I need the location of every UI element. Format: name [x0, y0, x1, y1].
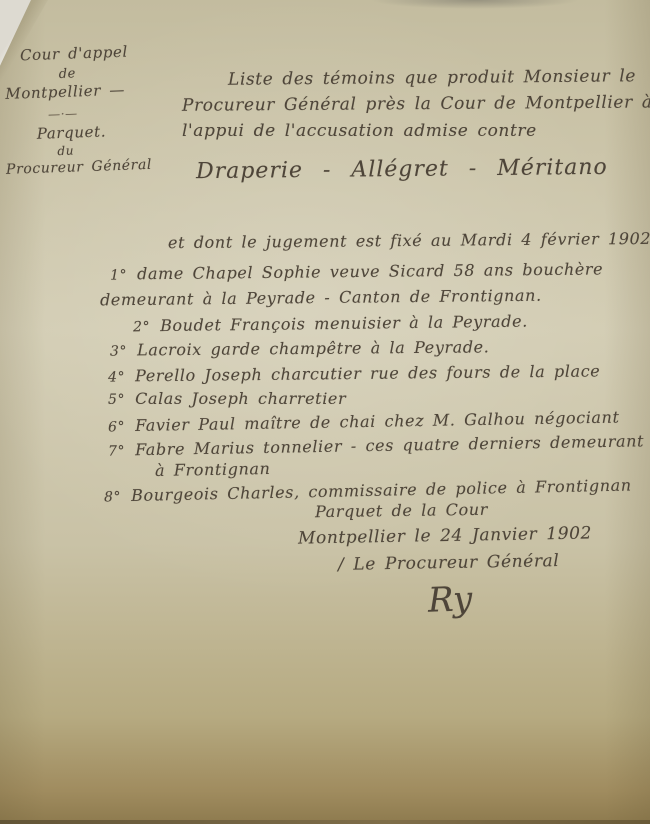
letterhead-parquet: Parquet.	[37, 122, 169, 142]
witness-number: 4°	[108, 369, 125, 385]
title-line-3: l'appui de l'accusation admise contre	[182, 121, 537, 141]
judgment-date-line: et dont le jugement est fixé au Mardi 4 …	[168, 229, 650, 252]
letterhead-divider: —·—	[48, 104, 168, 120]
witness-number: 8°	[104, 489, 121, 505]
witness-text: Lacroix garde champêtre à la Peyrade.	[137, 337, 489, 359]
accused-names: Draperie - Allégret - Méritano	[196, 155, 608, 184]
witness-row-6: 6°Favier Paul maître de chai chez M. Gal…	[108, 408, 620, 436]
witness-number: 3°	[110, 344, 127, 360]
letterhead-court: Cour d'appel	[20, 43, 166, 63]
witness-row-1: 1°dame Chapel Sophie veuve Sicard 58 ans…	[110, 259, 603, 283]
witness-text: dame Chapel Sophie veuve Sicard 58 ans b…	[137, 259, 603, 283]
top-edge-smudge	[370, 0, 580, 9]
witness-number: 5°	[108, 392, 125, 408]
witness-text: Boudet François menuisier à la Peyrade.	[160, 312, 528, 335]
document-photo: Cour d'appel de Montpellier — —·— Parque…	[0, 0, 650, 824]
witness-row-7: 7°Fabre Marius tonnelier - ces quatre de…	[108, 431, 644, 459]
closing-office-line: Parquet de la Cour	[315, 500, 488, 521]
witness-text: Favier Paul maître de chai chez M. Galho…	[135, 408, 620, 435]
letterhead-city: Montpellier —	[5, 81, 167, 102]
paper-bottom-edge	[0, 820, 650, 824]
witness-number: 2°	[133, 319, 150, 335]
title-line-1: Liste des témoins que produit Monsieur l…	[228, 66, 636, 90]
title-line-2: Procureur Général près la Cour de Montpe…	[182, 92, 650, 115]
witness-row-2: 2°Boudet François menuisier à la Peyrade…	[133, 312, 528, 336]
letterhead-du: du	[57, 141, 169, 157]
witness-row-3: 3°Lacroix garde champêtre à la Peyrade.	[110, 337, 490, 359]
witness-row-1-continuation: demeurant à la Peyrade - Canton de Front…	[100, 286, 542, 310]
witness-number: 6°	[108, 419, 125, 435]
letterhead-block: Cour d'appel de Montpellier — —·— Parque…	[6, 43, 170, 177]
witness-text: Calas Joseph charretier	[135, 389, 346, 408]
letterhead-de: de	[59, 64, 167, 81]
closing-place-date: Montpellier le 24 Janvier 1902	[298, 523, 592, 548]
witness-number: 1°	[110, 267, 127, 283]
closing-signatory-line: / Le Procureur Général	[338, 551, 560, 575]
witness-row-5: 5°Calas Joseph charretier	[108, 389, 346, 408]
witness-text: Perello Joseph charcutier rue des fours …	[135, 361, 600, 385]
signature-initials: Ry	[427, 579, 473, 621]
witness-number: 7°	[108, 443, 125, 459]
witness-text: Fabre Marius tonnelier - ces quatre dern…	[135, 431, 644, 459]
witness-row-4: 4°Perello Joseph charcutier rue des four…	[108, 361, 600, 385]
letterhead-procureur: Procureur Général	[6, 157, 170, 177]
witness-row-7-continuation: à Frontignan	[155, 459, 271, 480]
